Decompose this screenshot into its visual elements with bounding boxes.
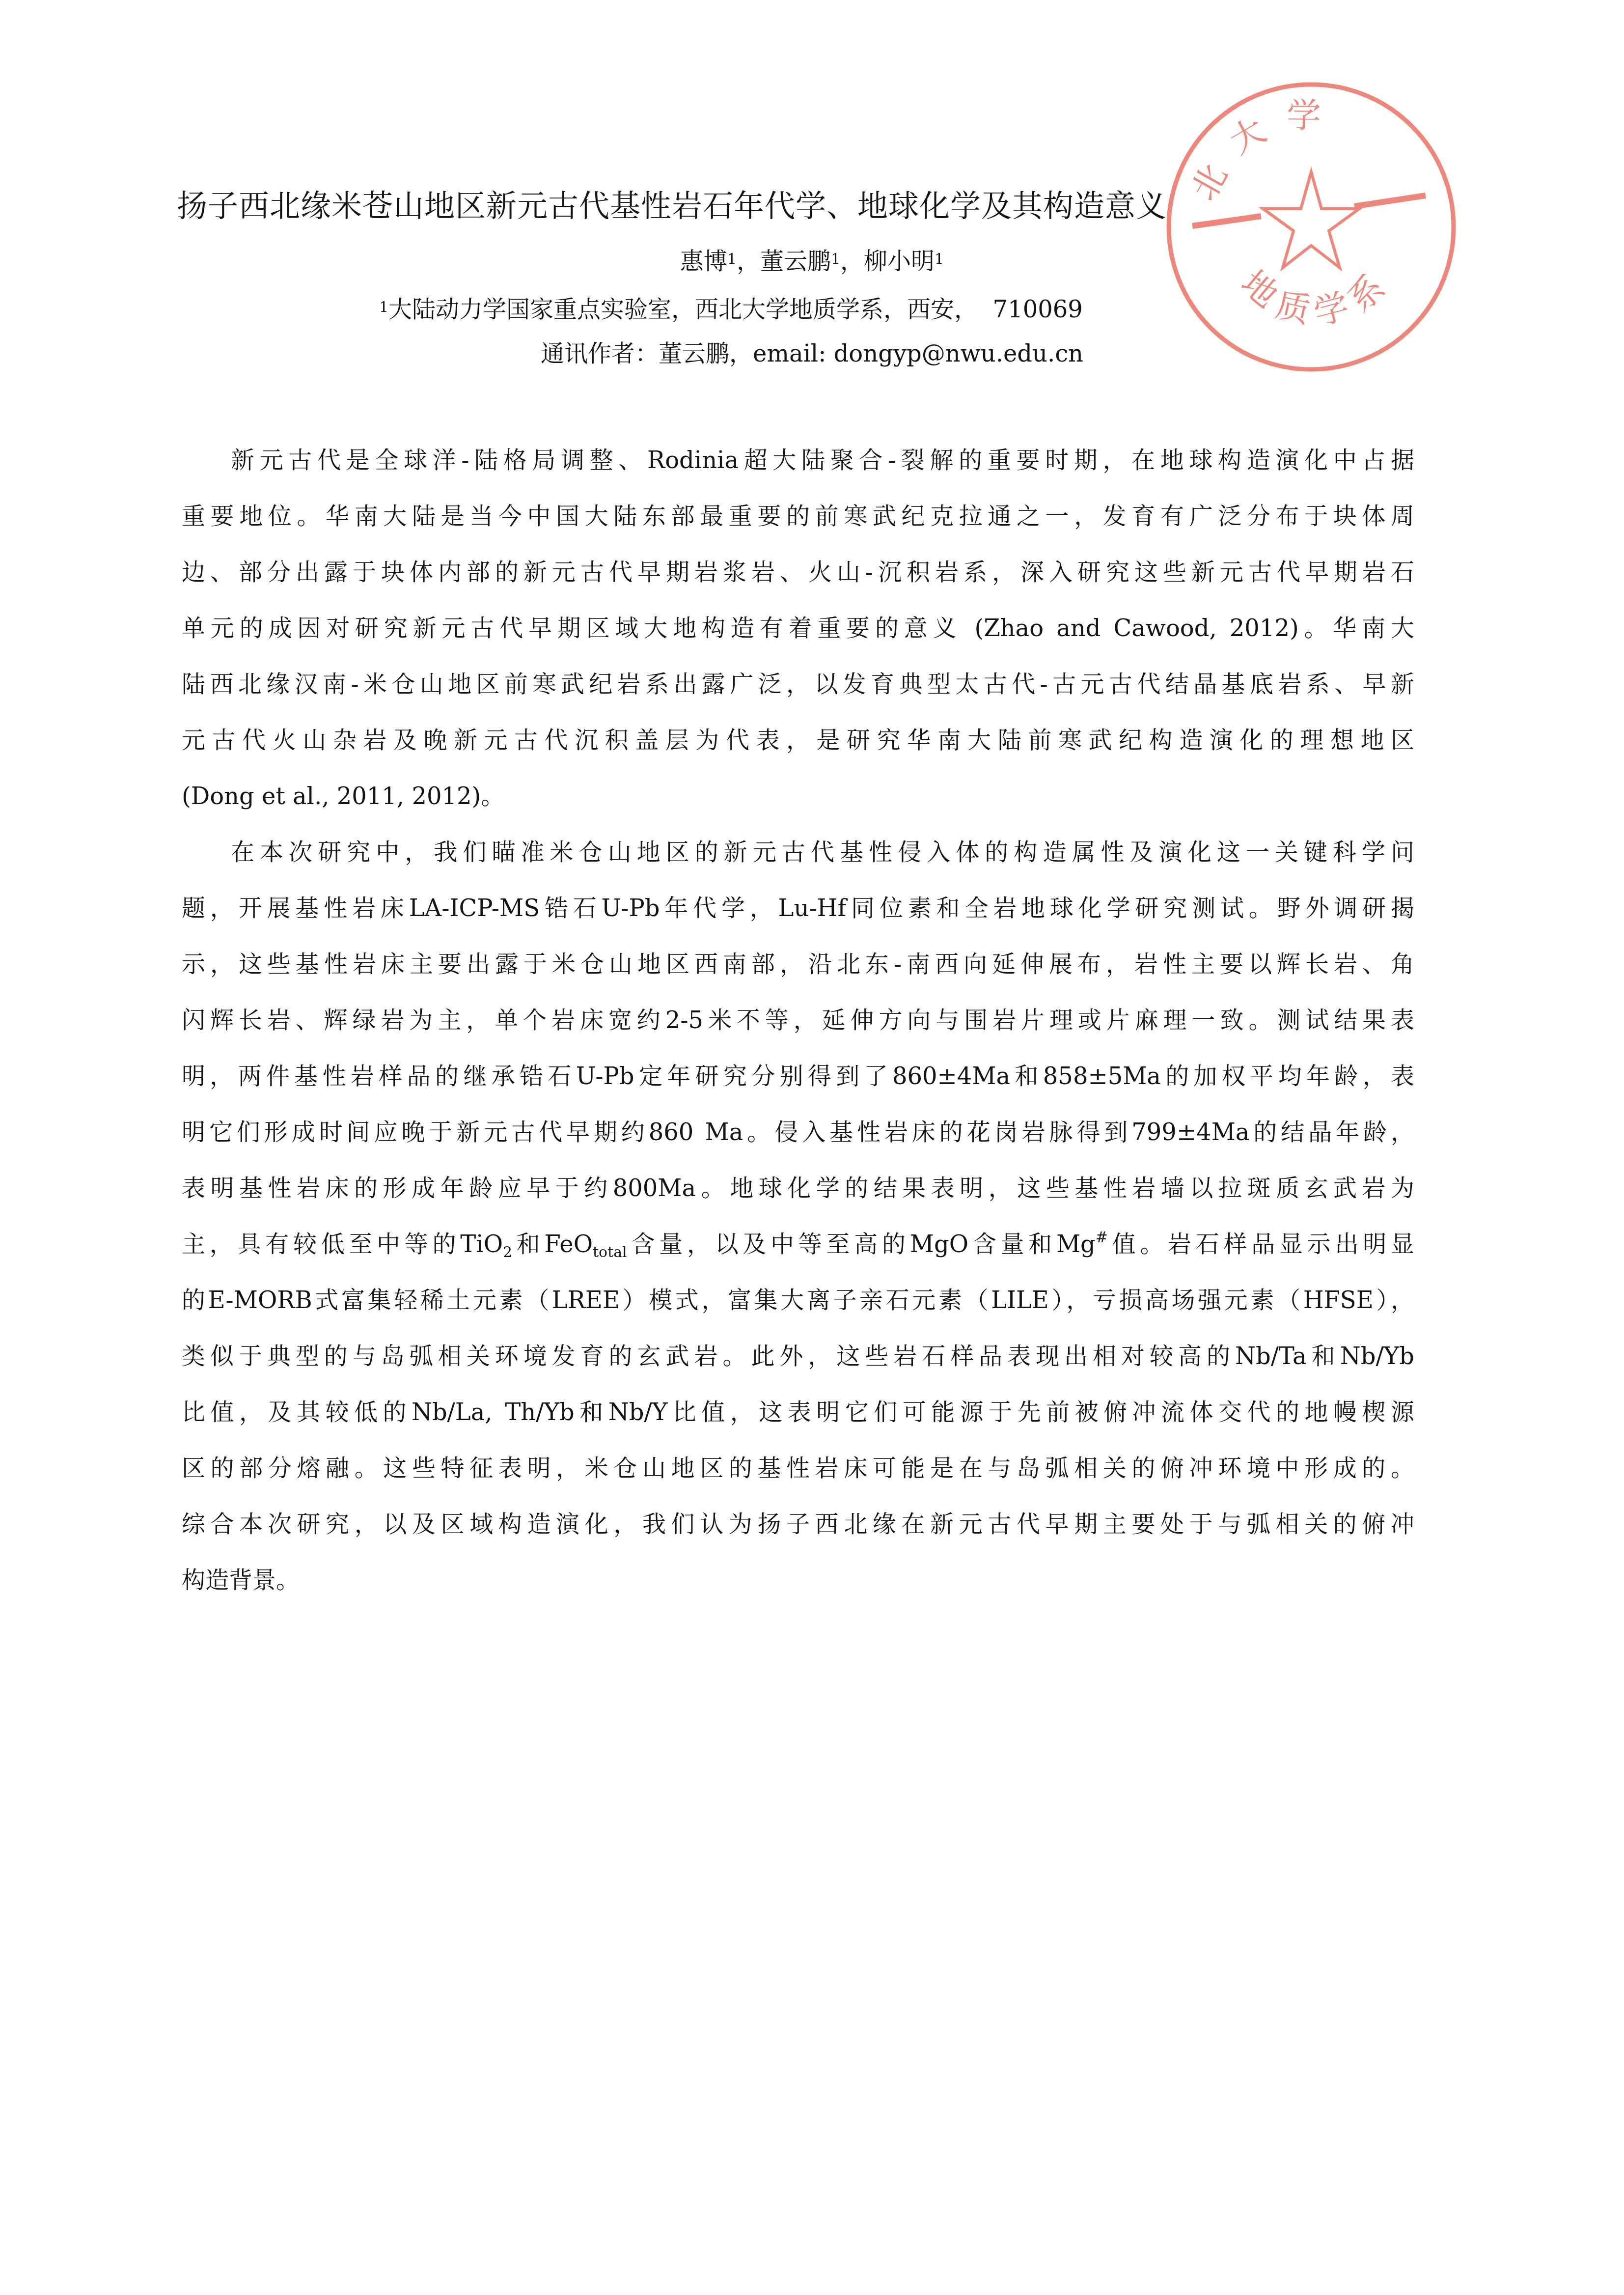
affiliation-text: 大陆动力学国家重点实验室，西北大学地质学系，西安， 710069: [388, 296, 1083, 323]
affiliation-mark: 1: [935, 251, 944, 268]
text-line: 边、部分出露于块体内部的新元古代早期岩浆岩、火山-沉积岩系，深入研究这些新元古代…: [182, 544, 1414, 600]
text-line: 表明基性岩床的形成年龄应早于约800Ma。地球化学的结果表明，这些基性岩墙以拉斑…: [182, 1160, 1414, 1216]
text-line: 区的部分熔融。这些特征表明，米仓山地区的基性岩床可能是在与岛弧相关的俯冲环境中形…: [182, 1440, 1414, 1496]
author-separator: ，: [840, 248, 864, 275]
affiliation: 1大陆动力学国家重点实验室，西北大学地质学系，西安， 710069: [379, 294, 1083, 325]
author-name: 董云鹏: [760, 248, 831, 275]
author-name: 惠博: [680, 248, 727, 275]
text-line: 题，开展基性岩床LA-ICP-MS锆石U-Pb年代学，Lu-Hf同位素和全岩地球…: [182, 880, 1414, 936]
text-line: 闪辉长岩、辉绿岩为主，单个岩床宽约2-5米不等，延伸方向与围岩片理或片麻理一致。…: [182, 992, 1414, 1048]
corresponding-author: 通讯作者：董云鹏，email: dongyp@nwu.edu.cn: [0, 338, 1624, 369]
paper-title: 扬子西北缘米苍山地区新元古代基性岩石年代学、地球化学及其构造意义: [177, 186, 1449, 227]
text-line: 元古代火山杂岩及晚新元古代沉积盖层为代表，是研究华南大陆前寒武纪构造演化的理想地…: [182, 712, 1414, 768]
affiliation-mark: 1: [831, 251, 840, 268]
text-line: 明，两件基性岩样品的继承锆石U-Pb定年研究分别得到了860±4Ma和858±5…: [182, 1048, 1414, 1104]
abstract-body: 新元古代是全球洋-陆格局调整、Rodinia超大陆聚合-裂解的重要时期，在地球构…: [182, 432, 1414, 1608]
text-line: 重要地位。华南大陆是当今中国大陆东部最重要的前寒武纪克拉通之一，发育有广泛分布于…: [182, 488, 1414, 544]
author-separator: ，: [737, 248, 760, 275]
text-line: 在本次研究中，我们瞄准米仓山地区的新元古代基性侵入体的构造属性及演化这一关键科学…: [182, 824, 1414, 880]
paragraph-2: 在本次研究中，我们瞄准米仓山地区的新元古代基性侵入体的构造属性及演化这一关键科学…: [182, 824, 1414, 1608]
text-line-chemical-formulas: 主，具有较低至中等的TiO2和FeOtotal含量，以及中等至高的MgO含量和M…: [182, 1216, 1414, 1272]
author-name: 柳小明: [864, 248, 935, 275]
text-line: 单元的成因对研究新元古代早期区域大地构造有着重要的意义 (Zhao and Ca…: [182, 600, 1414, 656]
text-line: 构造背景。: [182, 1552, 1414, 1608]
text-line: 明它们形成时间应晚于新元古代早期约860 Ma。侵入基性岩床的花岗岩脉得到799…: [182, 1104, 1414, 1160]
paragraph-1: 新元古代是全球洋-陆格局调整、Rodinia超大陆聚合-裂解的重要时期，在地球构…: [182, 432, 1414, 824]
text-line: 比值，及其较低的Nb/La, Th/Yb和Nb/Y比值，这表明它们可能源于先前被…: [182, 1384, 1414, 1440]
author-list: 惠博1，董云鹏1，柳小明1: [0, 246, 1624, 277]
affiliation-mark: 1: [379, 299, 388, 316]
text-line: 新元古代是全球洋-陆格局调整、Rodinia超大陆聚合-裂解的重要时期，在地球构…: [182, 432, 1414, 488]
text-line: 类似于典型的与岛弧相关环境发育的玄武岩。此外，这些岩石样品表现出相对较高的Nb/…: [182, 1328, 1414, 1384]
text-line: 综合本次研究，以及区域构造演化，我们认为扬子西北缘在新元古代早期主要处于与弧相关…: [182, 1496, 1414, 1552]
official-seal-stamp-icon: 北大学 地质学系: [1158, 74, 1465, 381]
text-line: 示，这些基性岩床主要出露于米仓山地区西南部，沿北东-南西向延伸展布，岩性主要以辉…: [182, 936, 1414, 992]
text-line: 的E-MORB式富集轻稀土元素（LREE）模式，富集大离子亲石元素（LILE），…: [182, 1272, 1414, 1328]
text-line: 陆西北缘汉南-米仓山地区前寒武纪岩系出露广泛，以发育典型太古代-古元古代结晶基底…: [182, 656, 1414, 712]
text-line: (Dong et al., 2011, 2012)。: [182, 768, 1414, 824]
affiliation-mark: 1: [727, 251, 737, 268]
